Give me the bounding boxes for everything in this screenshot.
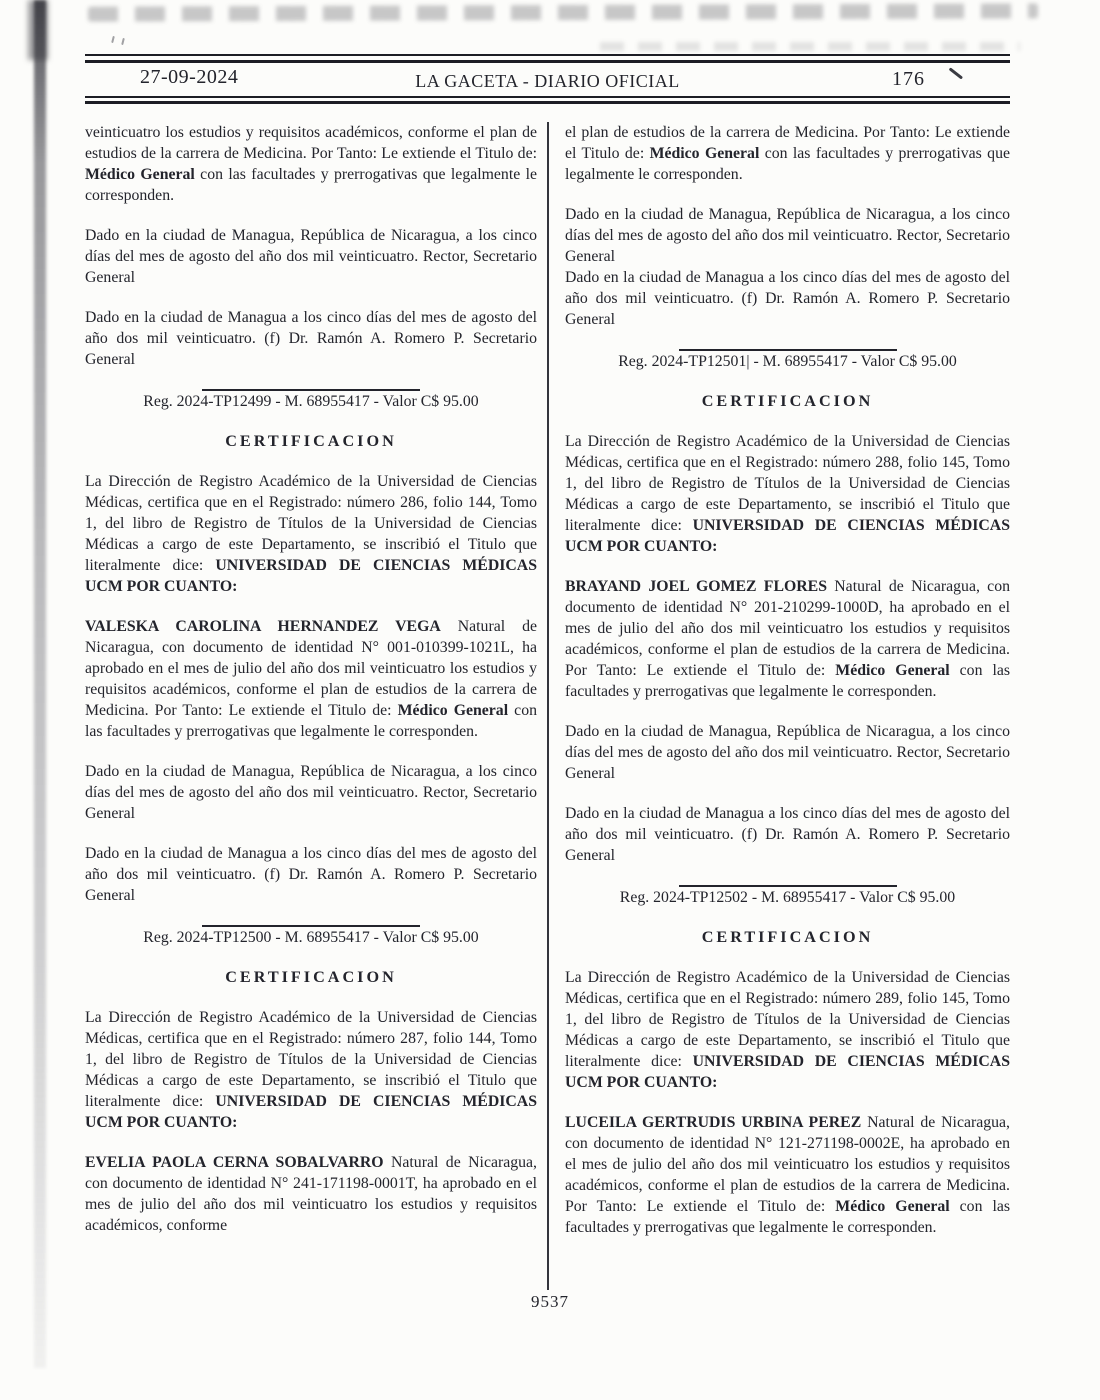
document-body: veinticuatro los estudios y requisitos a… [85,122,1010,1292]
registration-line: Reg. 2024-TP12500 - M. 68955417 - Valor … [85,925,537,948]
body-paragraph: BRAYAND JOEL GOMEZ FLORES Natural de Nic… [565,576,1010,702]
registration-line: Reg. 2024-TP12499 - M. 68955417 - Valor … [85,389,537,412]
body-paragraph: Dado en la ciudad de Managua a los cinco… [85,307,537,370]
body-paragraph: veinticuatro los estudios y requisitos a… [85,122,537,206]
text-run: veinticuatro los estudios y requisitos a… [85,124,537,162]
body-paragraph: Dado en la ciudad de Managua a los cinco… [565,267,1010,330]
text-run: Dado en la ciudad de Managua a los cinco… [565,269,1010,328]
gazette-title: LA GACETA - DIARIO OFICIAL [415,71,680,92]
body-paragraph: EVELIA PAOLA CERNA SOBALVARRO Natural de… [85,1152,537,1236]
registration-text: Reg. 2024-TP12501| - M. 68955417 - Valor… [565,351,1010,372]
scan-bleedthrough-artifact [600,42,1020,51]
text-run: Dado en la ciudad de Managua, República … [565,723,1010,782]
body-paragraph: Dado en la ciudad de Managua, República … [565,204,1010,267]
text-run: Dado en la ciudad de Managua, República … [565,206,1010,265]
certification-heading: CERTIFICACION [565,927,1010,948]
page-footer: 9537 [0,1292,1100,1312]
bold-run: Médico General [835,662,949,679]
certification-heading: CERTIFICACION [565,391,1010,412]
body-paragraph: el plan de estudios de la carrera de Med… [565,122,1010,185]
issue-date: 27-09-2024 [140,66,238,89]
body-paragraph: Dado en la ciudad de Managua, República … [565,721,1010,784]
scan-speck-artifact [121,38,125,45]
masthead: 27-09-2024 LA GACETA - DIARIO OFICIAL 17… [85,54,1010,104]
registration-text: Reg. 2024-TP12502 - M. 68955417 - Valor … [565,887,1010,908]
masthead-bottom-rule [85,96,1010,104]
bold-run: LUCEILA GERTRUDIS URBINA PEREZ [565,1114,861,1131]
body-paragraph: La Dirección de Registro Académico de la… [85,471,537,597]
certification-heading: CERTIFICACION [85,967,537,988]
bold-run: VALESKA CAROLINA HERNANDEZ VEGA [85,618,441,635]
body-paragraph: LUCEILA GERTRUDIS URBINA PEREZ Natural d… [565,1112,1010,1238]
footer-page-label: 9537 [531,1292,569,1311]
left-column: veinticuatro los estudios y requisitos a… [85,122,537,1292]
body-paragraph: La Dirección de Registro Académico de la… [565,431,1010,557]
masthead-top-rule [85,54,1010,63]
right-column: el plan de estudios de la carrera de Med… [565,122,1010,1292]
text-run: Dado en la ciudad de Managua, República … [85,227,537,286]
body-paragraph: Dado en la ciudad de Managua, República … [85,225,537,288]
text-run: Dado en la ciudad de Managua, República … [85,763,537,822]
scan-speck-artifact [111,36,115,43]
page-number: 176 [892,68,925,91]
registration-line: Reg. 2024-TP12501| - M. 68955417 - Valor… [565,349,1010,372]
bold-run: Médico General [650,145,760,162]
text-run: Dado en la ciudad de Managua a los cinco… [85,845,537,904]
column-divider [547,122,549,1290]
bold-run: Médico General [398,702,508,719]
body-paragraph: Dado en la ciudad de Managua a los cinco… [565,803,1010,866]
bold-run: EVELIA PAOLA CERNA SOBALVARRO [85,1154,384,1171]
certification-heading: CERTIFICACION [85,431,537,452]
registration-text: Reg. 2024-TP12500 - M. 68955417 - Valor … [85,927,537,948]
registration-text: Reg. 2024-TP12499 - M. 68955417 - Valor … [85,391,537,412]
body-paragraph: VALESKA CAROLINA HERNANDEZ VEGA Natural … [85,616,537,742]
bold-run: Médico General [835,1198,949,1215]
body-paragraph: Dado en la ciudad de Managua, República … [85,761,537,824]
body-paragraph: Dado en la ciudad de Managua a los cinco… [85,843,537,906]
body-paragraph: La Dirección de Registro Académico de la… [565,967,1010,1093]
scan-page-edge-artifact [34,0,46,1368]
registration-line: Reg. 2024-TP12502 - M. 68955417 - Valor … [565,885,1010,908]
body-paragraph: La Dirección de Registro Académico de la… [85,1007,537,1133]
bold-run: BRAYAND JOEL GOMEZ FLORES [565,578,827,595]
scan-bleedthrough-artifact [88,3,1038,21]
text-run: Dado en la ciudad de Managua a los cinco… [85,309,537,368]
text-run: Dado en la ciudad de Managua a los cinco… [565,805,1010,864]
masthead-row: 27-09-2024 LA GACETA - DIARIO OFICIAL 17… [85,63,1010,96]
bold-run: Médico General [85,166,195,183]
